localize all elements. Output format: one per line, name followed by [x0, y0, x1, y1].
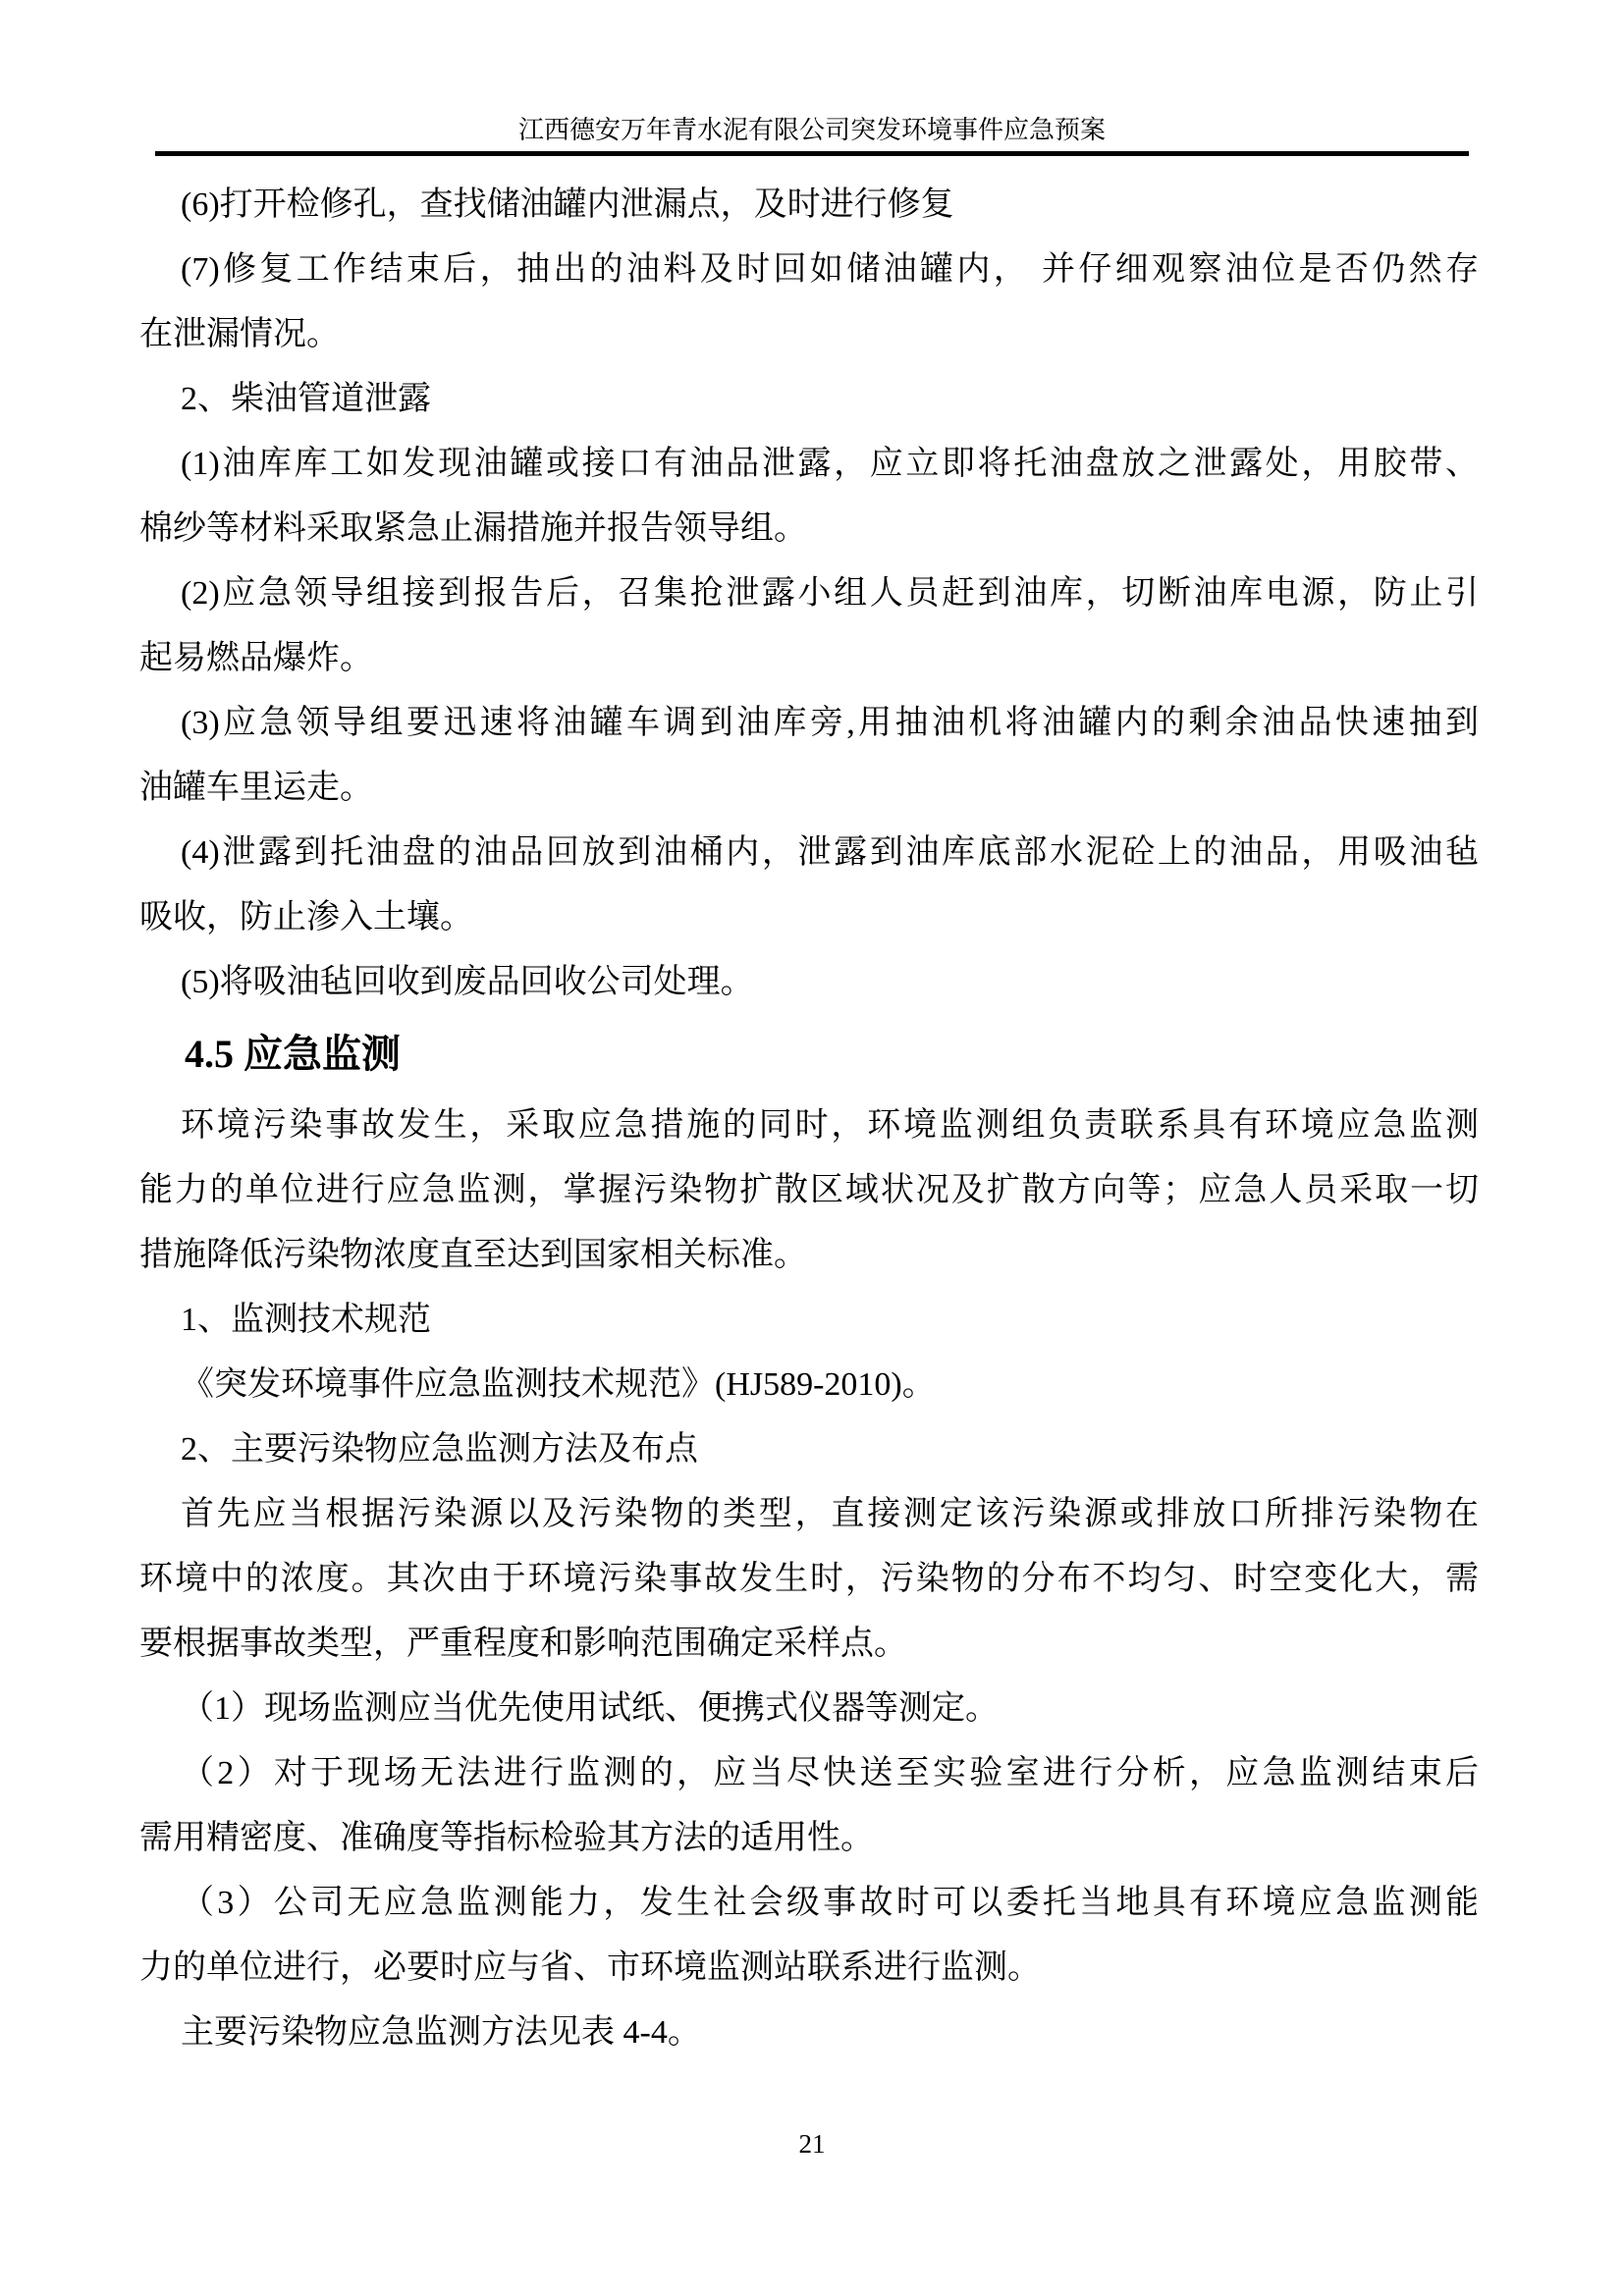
text-line: (4)泄露到托油盘的油品回放到油桶内，泄露到油库底部水泥砼上的油品，用吸油毡	[139, 821, 1479, 885]
text-line: 需用精密度、准确度等指标检验其方法的适用性。	[139, 1806, 1479, 1871]
text-line: (7)修复工作结束后，抽出的油料及时回如储油罐内， 并仔细观察油位是否仍然存	[139, 238, 1479, 302]
text-line: 首先应当根据污染源以及污染物的类型，直接测定该污染源或排放口所排污染物在	[139, 1482, 1479, 1547]
text-line: 能力的单位进行应急监测，掌握污染物扩散区域状况及扩散方向等；应急人员采取一切	[139, 1158, 1479, 1223]
text-line: 力的单位进行，必要时应与省、市环境监测站联系进行监测。	[139, 1936, 1479, 2001]
text-line: 2、主要污染物应急监测方法及布点	[139, 1417, 1479, 1482]
text-line: (2)应急领导组接到报告后，召集抢泄露小组人员赶到油库，切断油库电源，防止引	[139, 561, 1479, 626]
text-line: （1）现场监测应当优先使用试纸、便携式仪器等测定。	[139, 1677, 1479, 1741]
text-line: 棉纱等材料采取紧急止漏措施并报告领导组。	[139, 497, 1479, 561]
section-heading: 4.5 应急监测	[139, 1015, 1479, 1094]
page-footer: 21	[0, 2128, 1624, 2160]
text-line: (1)油库库工如发现油罐或接口有油品泄露，应立即将托油盘放之泄露处，用胶带、	[139, 432, 1479, 497]
text-line: 2、柴油管道泄露	[139, 367, 1479, 432]
text-line: 措施降低污染物浓度直至达到国家相关标准。	[139, 1223, 1479, 1288]
text-line: （2）对于现场无法进行监测的，应当尽快送至实验室进行分析，应急监测结束后	[139, 1741, 1479, 1806]
document-page: 江西德安万年青水泥有限公司突发环境事件应急预案 (6)打开检修孔，查找储油罐内泄…	[0, 0, 1624, 2296]
text-line: 《突发环境事件应急监测技术规范》(HJ589-2010)。	[139, 1353, 1479, 1417]
text-line: 主要污染物应急监测方法见表 4-4。	[139, 2001, 1479, 2065]
page-header-title: 江西德安万年青水泥有限公司突发环境事件应急预案	[518, 116, 1106, 144]
text-line: 起易燃品爆炸。	[139, 626, 1479, 691]
text-line: 在泄漏情况。	[139, 302, 1479, 367]
text-line: (6)打开检修孔，查找储油罐内泄漏点，及时进行修复	[139, 173, 1479, 238]
text-line: (3)应急领导组要迅速将油罐车调到油库旁,用抽油机将油罐内的剩余油品快速抽到	[139, 691, 1479, 756]
text-line: 要根据事故类型，严重程度和影响范围确定采样点。	[139, 1612, 1479, 1677]
text-line: 环境污染事故发生，采取应急措施的同时，环境监测组负责联系具有环境应急监测	[139, 1094, 1479, 1158]
text-line: 环境中的浓度。其次由于环境污染事故发生时，污染物的分布不均匀、时空变化大，需	[139, 1547, 1479, 1612]
text-line: (5)将吸油毡回收到废品回收公司处理。	[139, 950, 1479, 1015]
page-header: 江西德安万年青水泥有限公司突发环境事件应急预案	[155, 116, 1469, 156]
text-line: 1、监测技术规范	[139, 1288, 1479, 1353]
text-line: （3）公司无应急监测能力，发生社会级事故时可以委托当地具有环境应急监测能	[139, 1871, 1479, 1936]
page-number: 21	[799, 2129, 826, 2159]
text-line: 油罐车里运走。	[139, 756, 1479, 821]
document-body: (6)打开检修孔，查找储油罐内泄漏点，及时进行修复(7)修复工作结束后，抽出的油…	[139, 173, 1479, 2065]
text-line: 吸收，防止渗入土壤。	[139, 885, 1479, 950]
